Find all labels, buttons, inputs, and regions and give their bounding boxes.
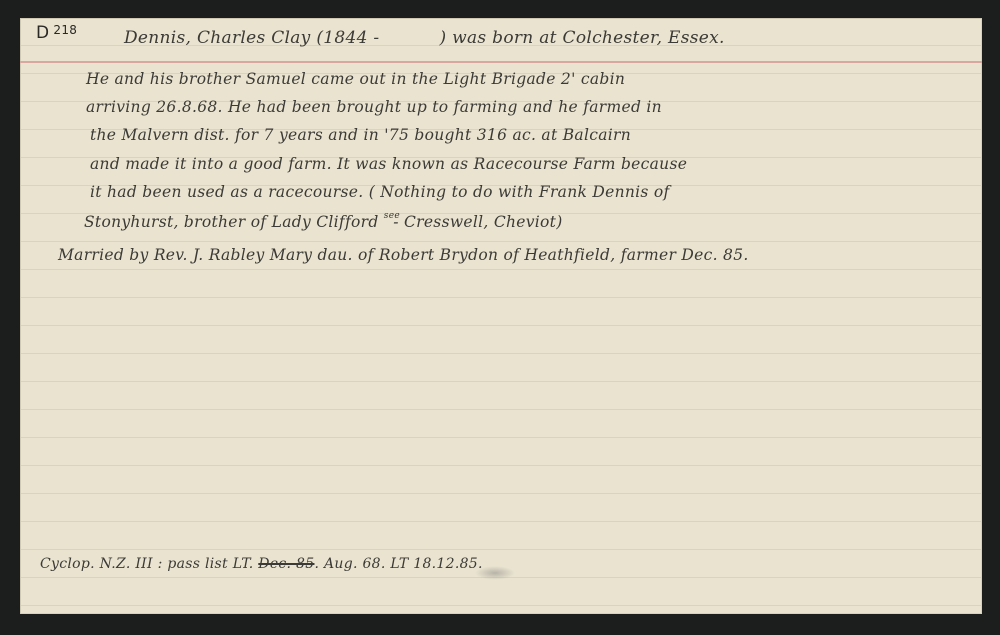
card-heading: Dennis, Charles Clay (1844 -) was born a… xyxy=(124,28,725,48)
red-header-rule xyxy=(20,61,982,63)
body-line: He and his brother Samuel came out in th… xyxy=(86,70,625,88)
body-line-text: Stonyhurst, brother of Lady Clifford xyxy=(84,213,379,231)
footer-lt-label: LT. xyxy=(233,556,254,572)
reference-number: 218 xyxy=(53,23,77,37)
body-line: the Malvern dist. for 7 years and in '75… xyxy=(90,126,631,144)
footer-source: Cyclop. N.Z. III xyxy=(40,556,153,572)
dates-open: (1844 - xyxy=(316,28,379,48)
body-line: it had been used as a racecourse. ( Noth… xyxy=(90,183,670,201)
body-line-see-note: Stonyhurst, brother of Lady Clifford see… xyxy=(84,211,563,231)
card-reference: D218 xyxy=(36,23,77,43)
person-name: Dennis, Charles Clay xyxy=(124,28,311,48)
footer-arrival: . Aug. 68. xyxy=(314,556,385,572)
card-footer: Cyclop. N.Z. III : pass list LT. Dec. 85… xyxy=(40,556,483,572)
dates-close: ) xyxy=(439,28,446,48)
body-line: and made it into a good farm. It was kno… xyxy=(90,155,687,173)
ink-smudge xyxy=(475,566,515,580)
footer-lt-date: LT 18.12.85. xyxy=(390,556,482,572)
body-line: arriving 26.8.68. He had been brought up… xyxy=(86,98,662,116)
footer-struck-text: Dec. 85 xyxy=(258,556,314,572)
marriage-line: Married by Rev. J. Rabley Mary dau. of R… xyxy=(58,246,749,264)
index-card: D218 Dennis, Charles Clay (1844 -) was b… xyxy=(20,18,982,614)
footer-pass-list: pass list xyxy=(167,556,228,572)
see-reference: - Cresswell, Cheviot) xyxy=(393,213,562,231)
footer-separator: : xyxy=(158,556,163,572)
reference-letter: D xyxy=(36,23,49,43)
birth-place: was born at Colchester, Essex. xyxy=(452,28,725,48)
